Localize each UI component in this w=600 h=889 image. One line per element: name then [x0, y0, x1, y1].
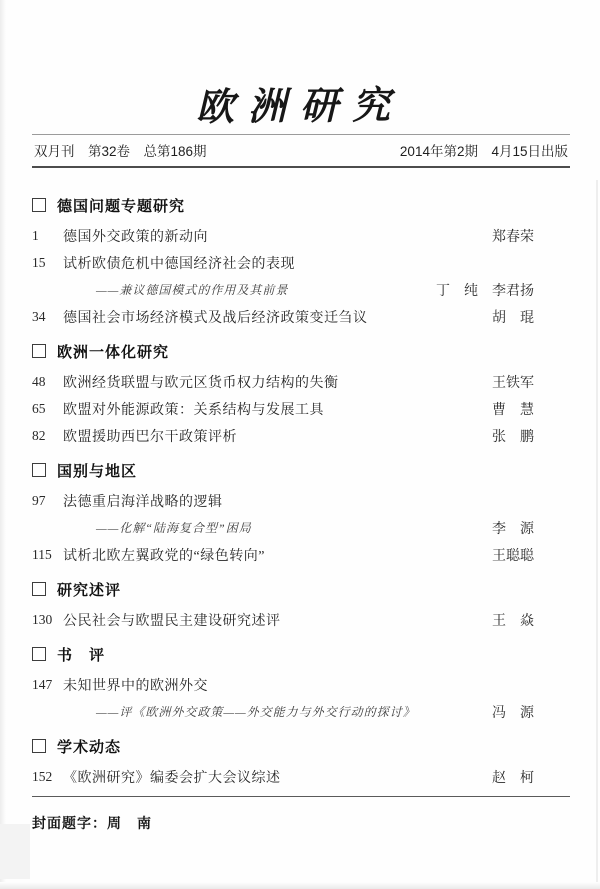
page-number: 115: [32, 547, 63, 563]
toc-entry: 147 未知世界中的欧洲外交: [32, 671, 570, 698]
section-label: 德国问题专题研究: [57, 195, 185, 216]
article-title: 欧洲经货联盟与欧元区货币权力结构的失衡: [63, 372, 339, 392]
page-number: 97: [32, 493, 63, 509]
toc-entry: 97 法德重启海洋战略的逻辑: [32, 487, 570, 514]
toc-entry: 115 试析北欧左翼政党的“绿色转向” 王聪聪: [32, 541, 570, 568]
article-author: 王聪聪: [492, 545, 570, 565]
toc-entry: 34 德国社会市场经济模式及战后经济政策变迁刍议 胡 琨: [32, 303, 570, 330]
footer-divider: [32, 796, 570, 797]
article-author: 王铁军: [492, 372, 570, 392]
toc-entry: 48 欧洲经货联盟与欧元区货币权力结构的失衡 王铁军: [32, 368, 570, 395]
page-number: 152: [32, 769, 63, 785]
article-title: 欧盟对外能源政策：关系结构与发展工具: [63, 399, 324, 419]
section-heading: 学术动态: [32, 734, 570, 759]
article-subtitle: ——兼议德国模式的作用及其前景: [96, 281, 288, 298]
article-title: 试析北欧左翼政党的“绿色转向”: [63, 545, 265, 565]
table-of-contents: 德国问题专题研究 1 德国外交政策的新动向 郑春荣 15 试析欧债危机中德国经济…: [32, 168, 570, 790]
toc-entry-subtitle: ——兼议德国模式的作用及其前景 丁 纯 李君扬: [32, 276, 570, 303]
page-number: 48: [32, 374, 63, 390]
toc-entry-subtitle: ——化解“陆海复合型”困局 李 源: [32, 514, 570, 541]
article-title: 未知世界中的欧洲外交: [63, 675, 208, 695]
article-author: 李 源: [492, 518, 570, 538]
article-subtitle: ——评《欧洲外交政策——外交能力与外交行动的探讨》: [96, 703, 416, 720]
scan-edge-right: [596, 180, 598, 889]
article-title: 法德重启海洋战略的逻辑: [63, 491, 223, 511]
article-title: 《欧洲研究》编委会扩大会议综述: [63, 767, 281, 787]
article-title: 欧盟援助西巴尔干政策评析: [63, 426, 237, 446]
section-label: 欧洲一体化研究: [57, 341, 169, 362]
section-label: 国别与地区: [57, 460, 137, 481]
page-number: 34: [32, 309, 63, 325]
cover-calligraphy-credit: 封面题字：周 南: [32, 813, 570, 833]
article-author: 张 鹏: [492, 426, 570, 446]
section-square-icon: [32, 739, 46, 753]
section-heading: 德国问题专题研究: [32, 193, 570, 218]
toc-entry: 152 《欧洲研究》编委会扩大会议综述 赵 柯: [32, 763, 570, 790]
issue-date: 2014年第2期 4月15日出版: [400, 140, 568, 160]
article-author: 丁 纯 李君扬: [436, 280, 570, 300]
scan-edge-bottom: [0, 882, 600, 889]
section-heading: 国别与地区: [32, 458, 570, 483]
page-number: 82: [32, 428, 63, 444]
scan-corner-artifact: [0, 824, 30, 879]
article-title: 公民社会与欧盟民主建设研究述评: [63, 610, 281, 630]
scan-edge-left: [0, 0, 6, 889]
section-square-icon: [32, 198, 46, 212]
toc-entry: 65 欧盟对外能源政策：关系结构与发展工具 曹 慧: [32, 395, 570, 422]
article-author: 胡 琨: [492, 307, 570, 327]
page-number: 1: [32, 228, 63, 244]
section-label: 研究述评: [57, 579, 121, 600]
article-title: 德国社会市场经济模式及战后经济政策变迁刍议: [63, 307, 368, 327]
section-label: 书 评: [57, 644, 105, 665]
article-title: 试析欧债危机中德国经济社会的表现: [63, 253, 295, 273]
section-heading: 研究述评: [32, 577, 570, 602]
journal-toc-page: 欧洲研究 双月刊 第32卷 总第186期 2014年第2期 4月15日出版 德国…: [0, 0, 600, 889]
page-number: 65: [32, 401, 63, 417]
toc-entry: 1 德国外交政策的新动向 郑春荣: [32, 222, 570, 249]
section-square-icon: [32, 344, 46, 358]
article-author: 曹 慧: [492, 399, 570, 419]
toc-entry-subtitle: ——评《欧洲外交政策——外交能力与外交行动的探讨》 冯 源: [32, 698, 570, 725]
section-square-icon: [32, 647, 46, 661]
article-author: 王 焱: [492, 610, 570, 630]
page-number: 130: [32, 612, 63, 628]
section-heading: 书 评: [32, 642, 570, 667]
article-author: 郑春荣: [492, 226, 570, 246]
section-square-icon: [32, 582, 46, 596]
journal-masthead-calligraphy: 欧洲研究: [0, 81, 600, 131]
toc-entry: 82 欧盟援助西巴尔干政策评析 张 鹏: [32, 422, 570, 449]
section-heading: 欧洲一体化研究: [32, 339, 570, 364]
article-subtitle: ——化解“陆海复合型”困局: [96, 519, 252, 536]
article-author: 赵 柯: [492, 767, 570, 787]
article-title: 德国外交政策的新动向: [63, 226, 208, 246]
toc-entry: 15 试析欧债危机中德国经济社会的表现: [32, 249, 570, 276]
toc-entry: 130 公民社会与欧盟民主建设研究述评 王 焱: [32, 606, 570, 633]
page-number: 147: [32, 677, 63, 693]
page-number: 15: [32, 255, 63, 271]
article-author: 冯 源: [492, 702, 570, 722]
issue-info-bar: 双月刊 第32卷 总第186期 2014年第2期 4月15日出版: [32, 134, 570, 168]
issue-frequency-volume: 双月刊 第32卷 总第186期: [34, 140, 207, 160]
section-label: 学术动态: [57, 736, 121, 757]
section-square-icon: [32, 463, 46, 477]
